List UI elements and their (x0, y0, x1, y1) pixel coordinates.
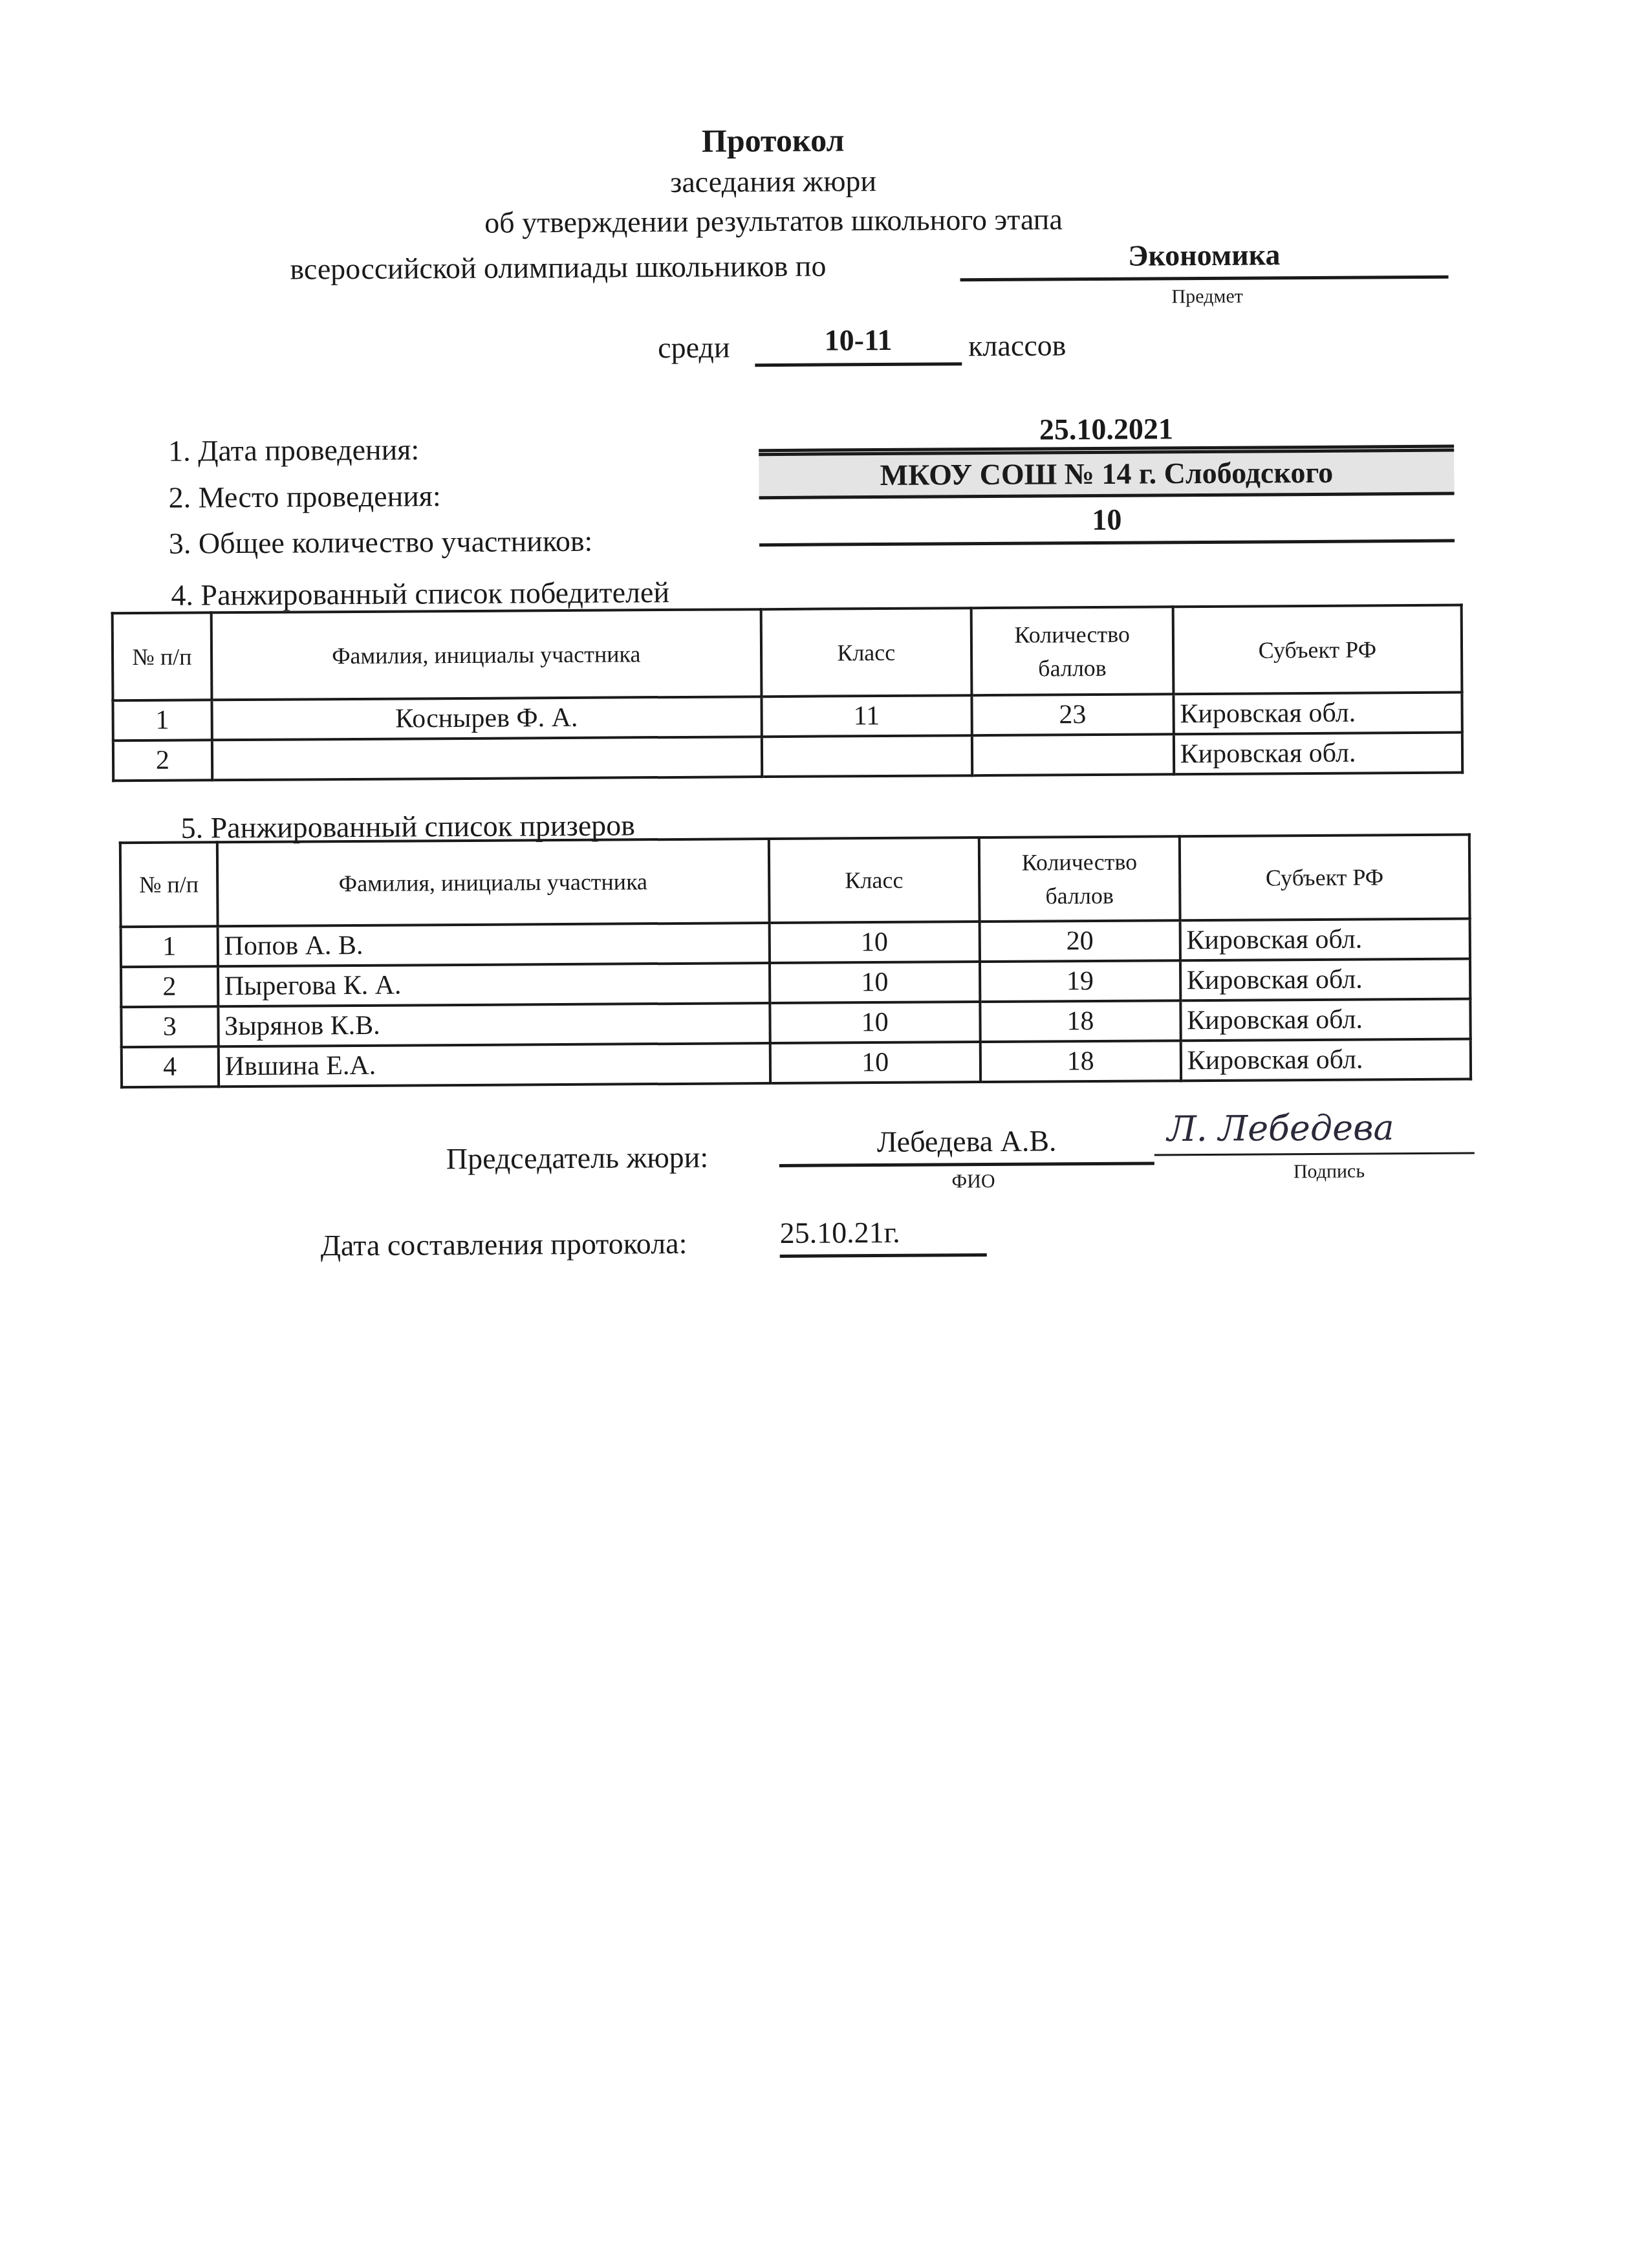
protocol-page: Протокол заседания жюри об утверждении р… (0, 0, 1635, 2268)
header-line-2: об утверждении результатов школьного эта… (321, 201, 1226, 241)
date-value: 25.10.21г. (779, 1216, 900, 1249)
col-name: Фамилия, инициалы участника (217, 839, 770, 926)
chair-name-field: Лебедева А.В. (779, 1123, 1154, 1167)
subject-value: Экономика (1128, 238, 1281, 272)
row-number: 4 (122, 1046, 219, 1087)
document-title: Протокол (644, 121, 902, 160)
col-score: Количество баллов (979, 836, 1180, 922)
table-row: 2 Кировская обл. (113, 733, 1462, 781)
subject-caption: Предмет (1110, 285, 1305, 308)
name-caption: ФИО (909, 1171, 1038, 1193)
field-date-value-box: 25.10.2021 (759, 410, 1454, 453)
row-grade: 10 (769, 922, 980, 963)
field-place-value-box: МКОУ СОШ № 14 г. Слободского (759, 449, 1454, 500)
signature-field: Л. Лебедева (1154, 1116, 1474, 1156)
col-name: Фамилия, инициалы участника (211, 609, 761, 700)
field-place-value: МКОУ СОШ № 14 г. Слободского (880, 456, 1333, 491)
row-grade: 10 (770, 1042, 980, 1083)
field-participants-value-box: 10 (759, 501, 1455, 547)
col-grade: Класс (761, 608, 971, 697)
row-name: Пырегова К. А. (218, 963, 770, 1006)
row-grade (761, 735, 972, 777)
row-region: Кировская обл. (1174, 733, 1463, 775)
signature-caption: Подпись (1232, 1160, 1426, 1183)
field-place-label: 2. Место проведения: (168, 479, 440, 515)
winners-heading: 4. Ранжированный список победителей (171, 575, 669, 612)
col-region: Субъект РФ (1180, 834, 1470, 920)
col-score: Количество баллов (971, 607, 1174, 695)
row-score: 19 (980, 960, 1180, 1002)
row-region: Кировская обл. (1180, 958, 1471, 1000)
field-date-label: 1. Дата проведения: (168, 432, 419, 468)
grades-field: 10-11 (755, 322, 962, 367)
date-field: 25.10.21г. (779, 1215, 986, 1258)
col-number: № п/п (120, 842, 217, 927)
row-number: 3 (121, 1006, 218, 1047)
row-number: 2 (121, 966, 218, 1007)
header-line-1: заседания жюри (547, 163, 999, 200)
row-number: 1 (113, 700, 211, 740)
prizewinners-table: № п/п Фамилия, инициалы участника Класс … (119, 833, 1472, 1088)
row-number: 2 (113, 740, 212, 781)
row-name: Зырянов К.В. (218, 1003, 770, 1046)
col-number: № п/п (113, 612, 211, 700)
signature: Л. Лебедева (1167, 1107, 1394, 1149)
among-suffix: классов (968, 328, 1067, 363)
chair-name: Лебедева А.В. (877, 1124, 1057, 1158)
row-score: 18 (980, 1041, 1181, 1082)
date-label: Дата составления протокола: (320, 1226, 687, 1262)
subject-field: Экономика (960, 237, 1448, 282)
row-grade: 11 (761, 695, 972, 737)
row-score (972, 734, 1174, 775)
table-row: 4 Ившина Е.А. 10 18 Кировская обл. (122, 1039, 1471, 1087)
row-number: 1 (121, 926, 218, 967)
row-grade: 10 (770, 1002, 980, 1043)
row-region: Кировская обл. (1173, 693, 1462, 735)
row-score: 20 (979, 920, 1180, 962)
row-region: Кировская обл. (1180, 1039, 1471, 1081)
row-name: Ившина Е.А. (218, 1043, 770, 1086)
row-grade: 10 (770, 962, 980, 1003)
field-participants-label: 3. Общее количество участников: (169, 524, 593, 561)
header-line-3: всероссийской олимпиады школьников по (290, 249, 826, 286)
grades-value: 10-11 (825, 323, 893, 357)
row-region: Кировская обл. (1180, 918, 1470, 960)
prizewinners-header-row: № п/п Фамилия, инициалы участника Класс … (120, 834, 1470, 927)
row-score: 23 (971, 694, 1173, 735)
field-participants-value: 10 (1092, 503, 1121, 536)
chair-label: Председатель жюри: (446, 1140, 709, 1176)
among-prefix: среди (658, 330, 730, 365)
row-region: Кировская обл. (1180, 999, 1471, 1041)
col-region: Субъект РФ (1173, 605, 1462, 695)
winners-table: № п/п Фамилия, инициалы участника Класс … (111, 604, 1464, 783)
row-score: 18 (980, 1000, 1180, 1042)
row-name (212, 737, 762, 780)
col-grade: Класс (768, 837, 979, 923)
field-date-value: 25.10.2021 (1039, 412, 1173, 446)
row-name: Попов А. В. (217, 923, 769, 966)
row-name: Коснырев Ф. А. (211, 697, 761, 740)
winners-header-row: № п/п Фамилия, инициалы участника Класс … (113, 605, 1462, 701)
